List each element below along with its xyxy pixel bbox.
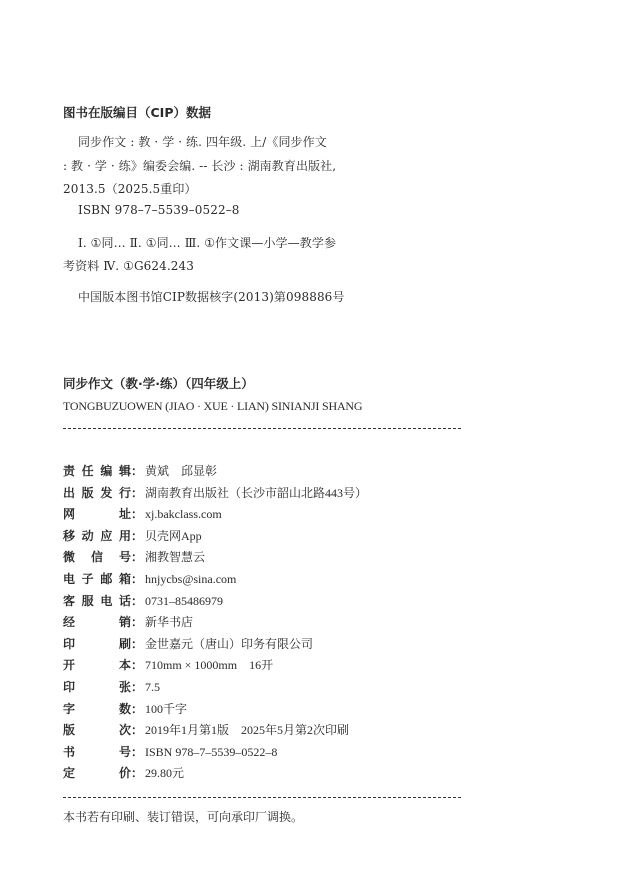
info-value: 黄斌 邱显彰 [145,462,217,479]
info-label-char: 子 [82,570,94,587]
info-label-char: 网 [63,505,75,522]
info-colon: ： [131,635,145,652]
info-colon: ： [131,570,145,587]
footer-note: 本书若有印刷、装订错误，可向承印厂调换。 [63,808,303,825]
info-label-char: 邮 [100,570,112,587]
info-label: 出版发行 [63,484,131,501]
info-row: 客服电话：0731–85486979 [63,592,223,609]
info-colon: ： [131,484,145,501]
info-label-char: 服 [82,592,94,609]
info-label-char: 发 [100,484,112,501]
info-label-char: 版 [63,721,75,738]
divider [63,428,461,429]
info-colon: ： [131,764,145,781]
info-label-char: 出 [63,484,75,501]
info-row: 印刷：金世嘉元（唐山）印务有限公司 [63,635,313,652]
cip-line: 2013.5（2025.5重印） [63,180,197,197]
info-row: 书号：ISBN 978–7–5539–0522–8 [63,743,277,760]
info-row: 印张：7.5 [63,678,160,695]
info-label-char: 价 [119,764,131,781]
book-title: 同步作文（教·学·练）（四年级上） [63,374,254,392]
info-value: 湘教智慧云 [145,548,205,565]
info-value: 金世嘉元（唐山）印务有限公司 [145,635,313,652]
info-label-char: 次 [119,721,131,738]
info-label-char: 动 [82,527,94,544]
cip-line: 考资料 Ⅳ. ①G624.243 [63,257,194,274]
cip-line: 同步作文 : 教 · 学 · 练. 四年级. 上/《同步作文 [78,133,327,150]
info-row: 网址：xj.bakclass.com [63,505,222,522]
info-label-char: 信 [91,548,103,565]
info-label-char: 微 [63,548,75,565]
info-value: 100千字 [145,700,187,717]
info-colon: ： [131,678,145,695]
info-label: 字数 [63,700,131,717]
cip-line: Ⅰ. ①同… Ⅱ. ①同… Ⅲ. ①作文课—小学—教学参 [78,234,336,251]
info-label-char: 号 [119,743,131,760]
info-label-char: 经 [63,613,75,630]
book-pinyin-title: TONGBUZUOWEN (JIAO · XUE · LIAN) SINIANJ… [63,399,362,414]
info-label: 责任编辑 [63,462,131,479]
info-value: 7.5 [145,680,160,695]
info-label: 定价 [63,764,131,781]
info-row: 微信号：湘教智慧云 [63,548,205,565]
cip-heading: 图书在版编目（CIP）数据 [63,103,211,121]
info-value: hnjycbs@sina.com [145,572,236,587]
info-label: 经销 [63,613,131,630]
info-label: 开本 [63,656,131,673]
info-label-char: 印 [63,678,75,695]
info-value: xj.bakclass.com [145,507,222,522]
info-label-char: 应 [100,527,112,544]
info-value: 新华书店 [145,613,193,630]
cip-approval-number: 中国版本图书馆CIP数据核字(2013)第098886号 [78,288,345,305]
info-label: 印张 [63,678,131,695]
info-row: 电子邮箱：hnjycbs@sina.com [63,570,236,587]
info-label-char: 辑 [119,462,131,479]
info-colon: ： [131,721,145,738]
info-label-char: 话 [119,592,131,609]
info-label-char: 印 [63,635,75,652]
info-colon: ： [131,613,145,630]
info-label-char: 电 [100,592,112,609]
info-label-char: 本 [119,656,131,673]
info-label-char: 责 [63,462,75,479]
info-label-char: 版 [82,484,94,501]
info-row: 出版发行：湖南教育出版社（长沙市韶山北路443号） [63,484,367,501]
info-colon: ： [131,505,145,522]
cip-isbn: ISBN 978–7–5539–0522–8 [78,203,240,217]
info-value: 29.80元 [145,764,184,781]
info-colon: ： [131,743,145,760]
info-label-char: 客 [63,592,75,609]
info-row: 开本：710mm × 1000mm 16开 [63,656,273,673]
info-colon: ： [131,656,145,673]
info-label-char: 编 [100,462,112,479]
info-value: 2019年1月第1版 2025年5月第2次印刷 [145,721,349,738]
info-label-char: 任 [82,462,94,479]
info-row: 经销：新华书店 [63,613,193,630]
info-colon: ： [131,592,145,609]
info-label-char: 址 [119,505,131,522]
info-value: 湖南教育出版社（长沙市韶山北路443号） [145,484,367,501]
info-row: 责任编辑：黄斌 邱显彰 [63,462,217,479]
info-label-char: 号 [119,548,131,565]
info-label: 印刷 [63,635,131,652]
info-colon: ： [131,527,145,544]
info-value: 贝壳网App [145,527,202,544]
info-colon: ： [131,462,145,479]
info-label-char: 开 [63,656,75,673]
info-label-char: 销 [119,613,131,630]
info-label-char: 定 [63,764,75,781]
info-label-char: 行 [119,484,131,501]
info-label: 客服电话 [63,592,131,609]
info-label-char: 电 [63,570,75,587]
info-label-char: 张 [119,678,131,695]
info-label: 微信号 [63,548,131,565]
info-label: 网址 [63,505,131,522]
info-label-char: 书 [63,743,75,760]
info-colon: ： [131,548,145,565]
info-label: 电子邮箱 [63,570,131,587]
info-colon: ： [131,700,145,717]
info-label: 移动应用 [63,527,131,544]
cip-line: : 教 · 学 · 练》编委会编. -- 长沙 : 湖南教育出版社, [63,157,336,174]
info-label-char: 字 [63,700,75,717]
info-label: 书号 [63,743,131,760]
info-label-char: 用 [119,527,131,544]
info-value: ISBN 978–7–5539–0522–8 [145,745,277,760]
info-label-char: 刷 [119,635,131,652]
info-row: 字数：100千字 [63,700,187,717]
info-label: 版次 [63,721,131,738]
info-row: 定价：29.80元 [63,764,184,781]
info-label-char: 箱 [119,570,131,587]
info-label-char: 移 [63,527,75,544]
info-value: 710mm × 1000mm 16开 [145,656,273,673]
info-value: 0731–85486979 [145,594,223,609]
divider [63,797,461,798]
info-label-char: 数 [119,700,131,717]
info-row: 版次：2019年1月第1版 2025年5月第2次印刷 [63,721,349,738]
info-row: 移动应用：贝壳网App [63,527,202,544]
